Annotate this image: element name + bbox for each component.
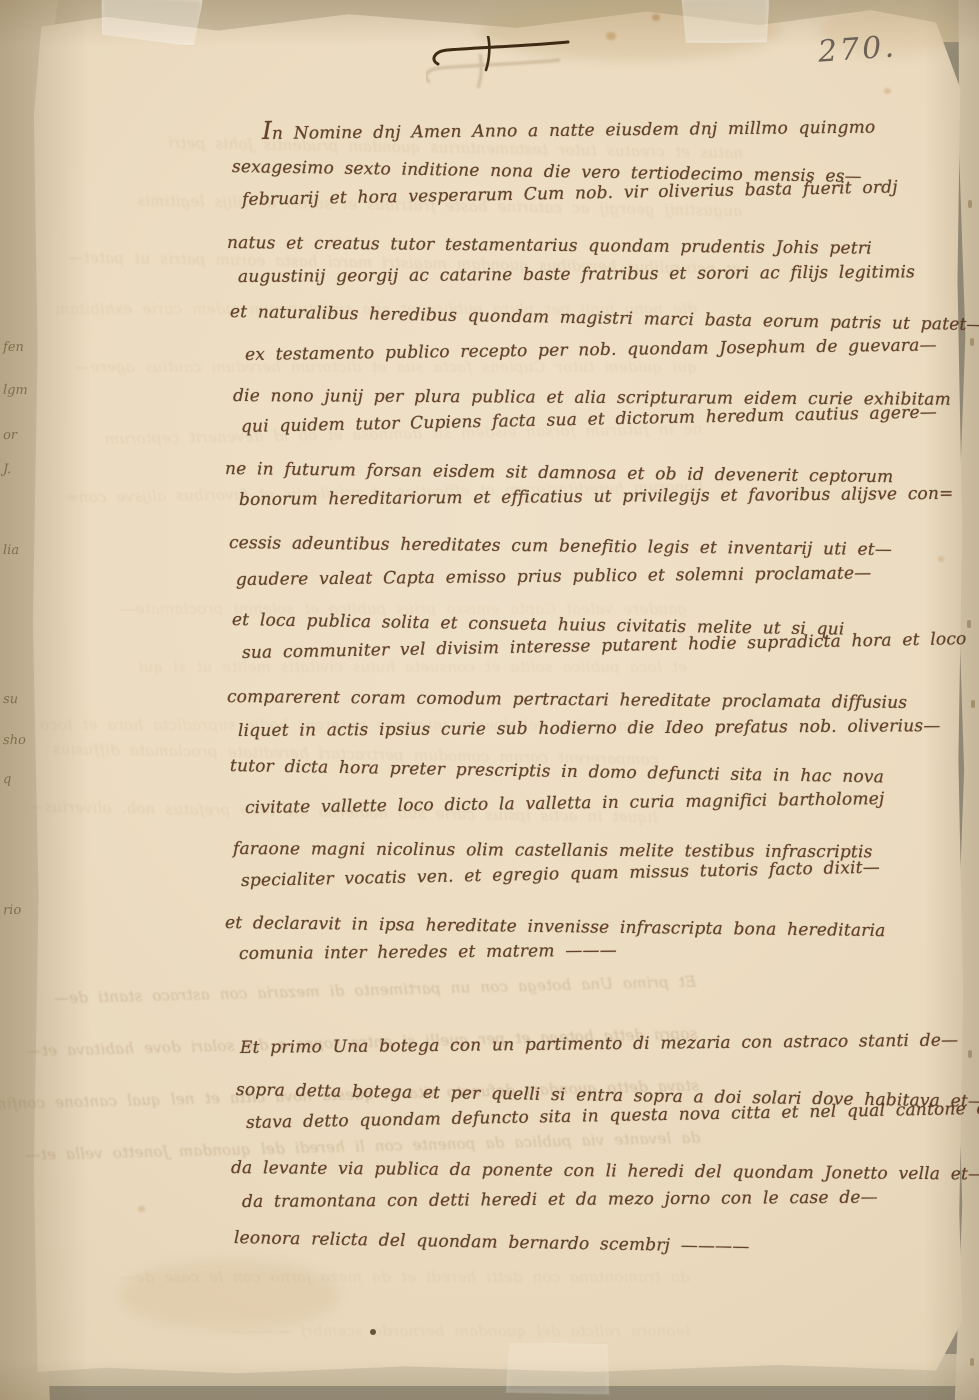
adhesive-tape-bottom-center: [506, 1341, 611, 1395]
adhesive-tape-top-center: [680, 0, 771, 45]
manuscript-line: da levante via publica da ponente con li…: [231, 1158, 979, 1185]
manuscript-paragraph-2: Et primo Una botega con un partimento di…: [0, 0, 979, 1400]
manuscript-scan: fenlgmorJ.liasushoqrio natus et creatus …: [0, 0, 979, 1400]
manuscript-line: da tramontana con detti heredi et da mez…: [242, 1188, 878, 1212]
manuscript-line: Et primo Una botega con un partimento di…: [240, 1030, 958, 1058]
manuscript-line: leonora relicta del quondam bernardo sce…: [234, 1228, 750, 1257]
